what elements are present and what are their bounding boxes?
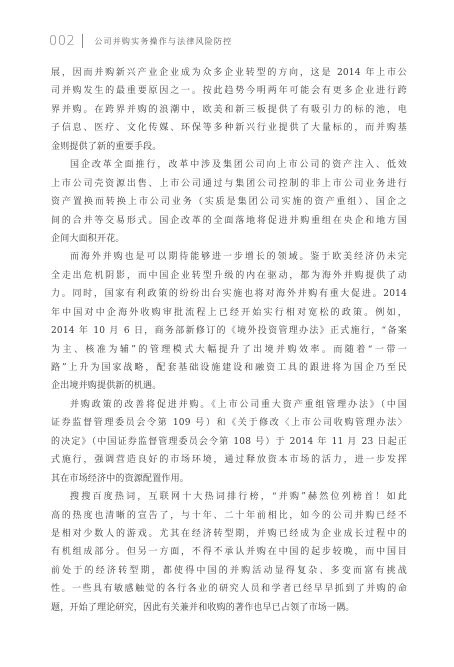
text-line: 有机组成部分。但另一方面，不得不承认并购在中国的起步较晚，而中国目 <box>51 543 407 561</box>
text-line: 上市公司壳资源出售、上市公司通过与集团公司控制的非上市公司业务进行 <box>51 175 407 193</box>
text-line: 高的热度也清晰的宣告了，与十年、二十年前相比，如今的公司并购已经不 <box>51 507 407 525</box>
text-line: 界并购。在跨界并购的浪潮中，欧美和新三板提供了有吸引力的标的池，电 <box>51 101 407 119</box>
text-line: 式施行，强调营造良好的市场环境，通过释放资本市场的活力，进一步发挥 <box>51 451 407 469</box>
text-line: 子信息、医疗、文化传媒、环保等多种新兴行业提供了大量标的，而并购基 <box>51 119 407 137</box>
text-line: 国企改革全面推行，改革中涉及集团公司向上市公司的资产注入、低效 <box>51 156 407 174</box>
paragraph: 展，因而并购新兴产业企业成为众多企业转型的方向，这是 2014 年上市公司并购发… <box>51 64 407 156</box>
paragraph: 国企改革全面推行，改革中涉及集团公司向上市公司的资产注入、低效上市公司壳资源出售… <box>51 156 407 248</box>
text-line: 是相对少数人的游戏。尤其在经济转型期，并购已经成为企业成长过程中的 <box>51 525 407 543</box>
text-line: 题，开始了理论研究，因此有关兼并和收购的著作也早已占领了市场一隅。 <box>51 599 407 617</box>
paragraph: 并购政策的改善将促进并购。《上市公司重大资产重组管理办法》（中国证券监督管理委员… <box>51 396 407 488</box>
text-line: 并购政策的改善将促进并购。《上市公司重大资产重组管理办法》（中国 <box>51 396 407 414</box>
text-line: 全走出危机阴影，而中国企业转型升级的内在驱动，都为海外并购提供了动 <box>51 267 407 285</box>
paragraph: 搜搜百度热词，互联网十大热词排行榜，“并购”赫然位列榜首！如此高的热度也清晰的宣… <box>51 488 407 617</box>
text-line: 年中国对中企海外收购审批流程上已经开始实行相对宽松的政策。例如， <box>51 304 407 322</box>
header-divider <box>82 34 83 48</box>
text-line: 间的合并等交易形式。国企改革的全面落地将促进并购重组在央企和地方国 <box>51 212 407 230</box>
text-line: 性。一些具有敏感触觉的各行各业的研究人员和学者已经早早抓到了并购的命 <box>51 580 407 598</box>
page-number: 002 <box>49 34 75 49</box>
text-line: 其在市场经济中的资源配置作用。 <box>51 470 407 488</box>
text-line: 资产置换而转换上市公司业务（实质是集团公司实施的资产重组）、国企之 <box>51 193 407 211</box>
text-line: 金则提供了新的重要手段。 <box>51 138 407 156</box>
text-line: 前处于的经济转型期，都使得中国的并购活动显得复杂、多变而富有挑战 <box>51 562 407 580</box>
text-line: 而海外并购也是可以期待能够进一步增长的领域。鉴于欧美经济仍未完 <box>51 248 407 266</box>
running-header: 002 公司并购实务操作与法律风险防控 <box>49 33 232 49</box>
text-line: 企出境并购提供新的机遇。 <box>51 377 407 395</box>
paragraph: 而海外并购也是可以期待能够进一步增长的领域。鉴于欧美经济仍未完全走出危机阴影，而… <box>51 248 407 396</box>
text-line: 为主、核准为辅”的管理模式大幅提升了出境并购效率。而随着“一带一 <box>51 341 407 359</box>
text-line: 搜搜百度热词，互联网十大热词排行榜，“并购”赫然位列榜首！如此 <box>51 488 407 506</box>
text-line: 司并购发生的最重要原因之一。按此趋势今明两年可能会有更多企业进行跨 <box>51 82 407 100</box>
text-line: 的决定》（中国证券监督管理委员会令第 108 号）于 2014 年 11 月 2… <box>51 433 407 451</box>
text-line: 力。同时，国家有利政策的纷纷出台实施也将对海外并购有重大促进。2014 <box>51 285 407 303</box>
text-line: 2014 年 10 月 6 日，商务部新修订的《境外投资管理办法》正式施行，“备… <box>51 322 407 340</box>
text-line: 路”上升为国家战略，配套基础设施建设和融资工具的跟进将为国企乃至民 <box>51 359 407 377</box>
text-line: 企间大面积开花。 <box>51 230 407 248</box>
text-line: 展，因而并购新兴产业企业成为众多企业转型的方向，这是 2014 年上市公 <box>51 64 407 82</box>
text-line: 证券监督管理委员会令第 109 号）和《关于修改〈上市公司收购管理办法〉 <box>51 414 407 432</box>
body-text: 展，因而并购新兴产业企业成为众多企业转型的方向，这是 2014 年上市公司并购发… <box>51 64 407 617</box>
book-title: 公司并购实务操作与法律风险防控 <box>94 36 232 47</box>
